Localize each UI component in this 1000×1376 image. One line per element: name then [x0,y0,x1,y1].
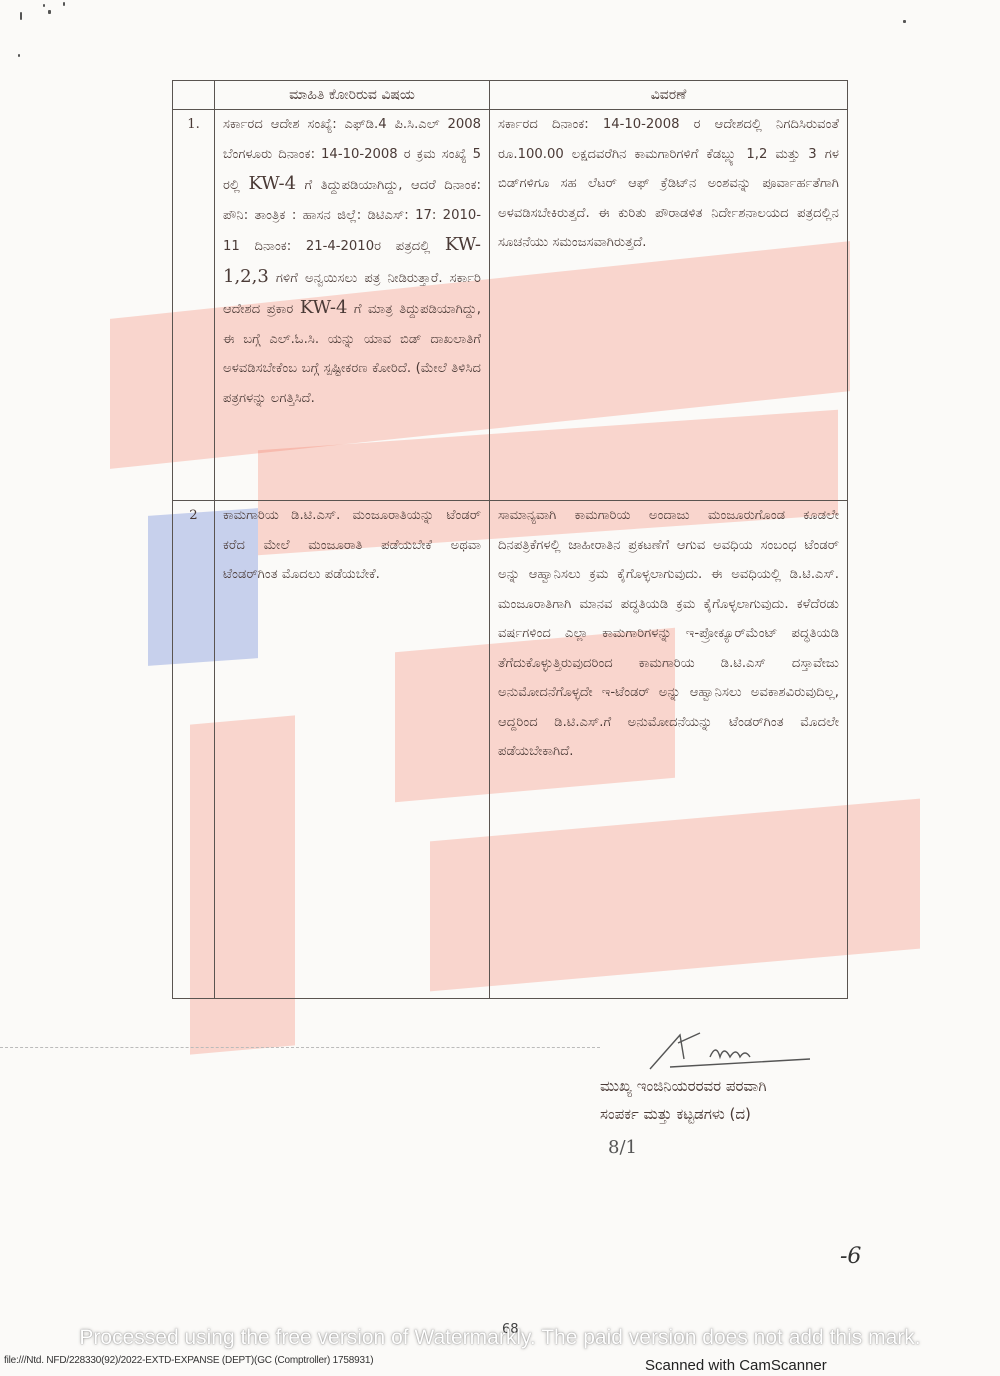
information-table: ಮಾಹಿತಿ ಕೋರಿರುವ ವಿಷಯ ವಿವರಣೆ 1. ಸರ್ಕಾರದ ಆದ… [172,80,848,999]
table-header-row: ಮಾಹಿತಿ ಕೋರಿರುವ ವಿಷಯ ವಿವರಣೆ [173,81,848,110]
signatory-title: ಮುಖ್ಯ ಇಂಜಿನಿಯರರವರ ಪರವಾಗಿ [600,1077,767,1095]
row-number: 1. [173,110,215,501]
footer-file-reference: file:///Ntd. NFD/228330(92)/2022-EXTD-EX… [4,1355,373,1366]
handwritten-page-mark: -6 [840,1244,861,1269]
kw-code: KW-4 [248,173,296,194]
header-serial [173,81,215,110]
signatory-department: ಸಂಪರ್ಕ ಮತ್ತು ಕಟ್ಟಡಗಳು (ದ) [600,1105,751,1123]
table-row: 1. ಸರ್ಕಾರದ ಆದೇಶ ಸಂಖ್ಯೆ: ಎಫ್‌ಡಿ.4 ಪಿ.ಸಿ.ಎ… [173,110,848,501]
query-text: ಗೆ ಮಾತ್ರ ತಿದ್ದುಪಡಿಯಾಗಿದ್ದು, ಈ ಬಗ್ಗೆ ಎಲ್.… [223,302,481,406]
scan-specks [0,0,1000,80]
query-text: ಕಾಮಗಾರಿಯ ಡಿ.ಟಿ.ಎಸ್. ಮಂಜೂರಾತಿಯನ್ನು ಟೆಂಡರ್… [223,508,481,582]
header-explanation: ವಿವರಣೆ [490,81,848,110]
explanation-cell: ಸರ್ಕಾರದ ದಿನಾಂಕ: 14-10-2008 ರ ಆದೇಶದಲ್ಲಿ ನ… [490,110,848,501]
kw-code: KW-4 [300,297,348,318]
header-requested-info: ಮಾಹಿತಿ ಕೋರಿರುವ ವಿಷಯ [215,81,490,110]
scan-artifact-line [0,1047,600,1048]
scanner-label: Scanned with CamScanner [645,1357,827,1374]
signature-icon [640,1029,820,1073]
row-number: 2 [173,501,215,999]
handwritten-initials: 8/1 [608,1137,637,1158]
explanation-cell: ಸಾಮಾನ್ಯವಾಗಿ ಕಾಮಗಾರಿಯ ಅಂದಾಜು ಮಂಜೂರುಗೊಂಡ ಕ… [490,501,848,999]
requested-info-cell: ಸರ್ಕಾರದ ಆದೇಶ ಸಂಖ್ಯೆ: ಎಫ್‌ಡಿ.4 ಪಿ.ಸಿ.ಎಲ್ … [215,110,490,501]
watermark-text: Processed using the free version of Wate… [0,1326,1000,1350]
table-row: 2 ಕಾಮಗಾರಿಯ ಡಿ.ಟಿ.ಎಸ್. ಮಂಜೂರಾತಿಯನ್ನು ಟೆಂಡ… [173,501,848,999]
requested-info-cell: ಕಾಮಗಾರಿಯ ಡಿ.ಟಿ.ಎಸ್. ಮಂಜೂರಾತಿಯನ್ನು ಟೆಂಡರ್… [215,501,490,999]
